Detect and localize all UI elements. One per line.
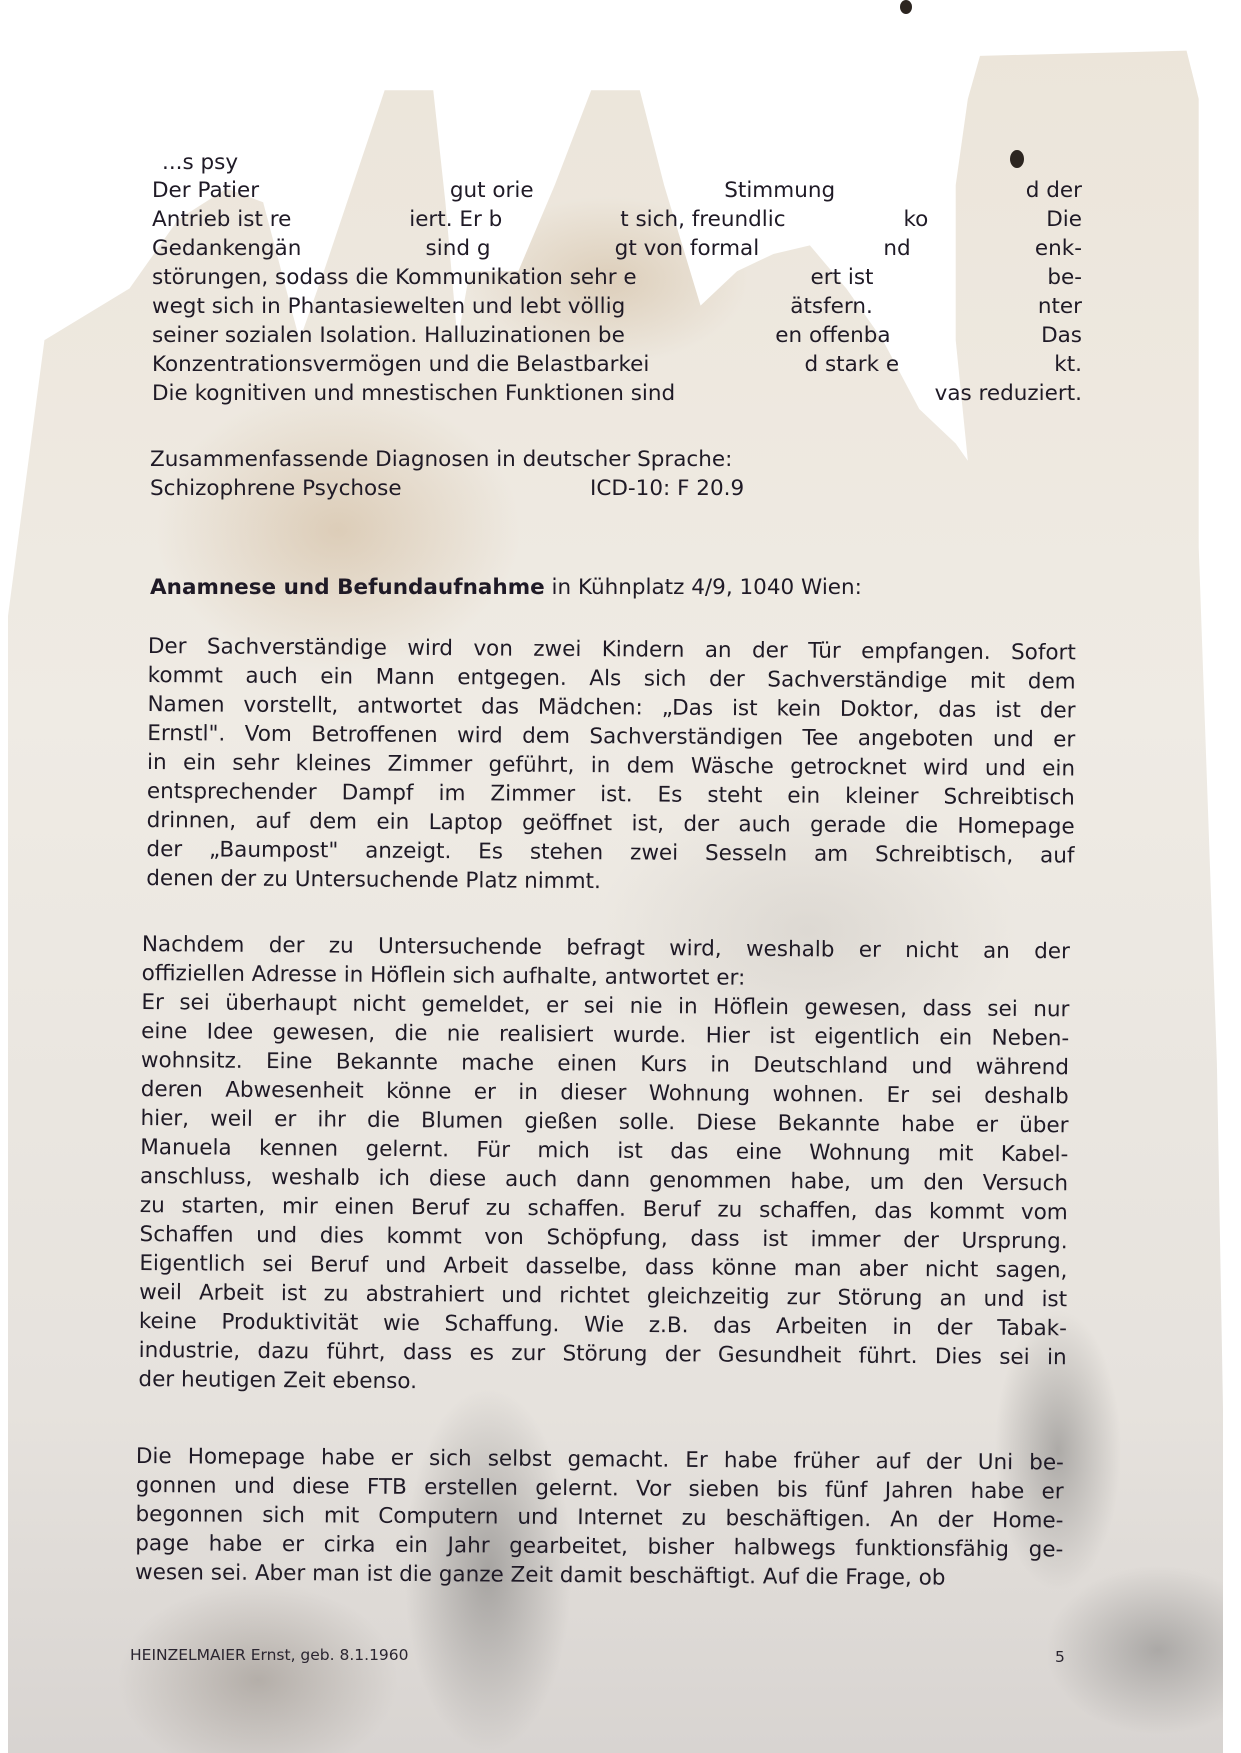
paragraph-arrival: Der Sachverständige wird von zwei Kinder… <box>146 632 1076 899</box>
fragment-piece: Der Patier <box>152 176 259 205</box>
diagnosis-line: Schizophrene Psychose ICD-10: F 20.9 <box>150 474 1078 503</box>
fragment-piece: be- <box>1047 263 1082 292</box>
diagnosis-code: ICD-10: F 20.9 <box>590 474 744 503</box>
fragment-piece: iert. Er b <box>409 205 502 234</box>
fragment-piece: seiner sozialen Isolation. Halluzination… <box>152 321 625 350</box>
fragment-piece: wegt sich in Phantasiewelten und lebt vö… <box>152 292 625 321</box>
fragment-piece: enk- <box>1035 234 1082 263</box>
fragment-piece: störungen, sodass die Kommunikation sehr… <box>152 263 637 292</box>
fragment-piece: d stark e <box>805 350 900 379</box>
fragment-piece: Die kognitiven und mnestischen Funktione… <box>152 379 675 408</box>
fragment-lines: Der Patiergut orieStimmungd derAntrieb i… <box>152 176 1082 408</box>
fragment-piece: ert ist <box>811 263 874 292</box>
fragment-piece: Antrieb ist re <box>152 205 291 234</box>
burn-mark <box>900 0 912 14</box>
fragment-piece: d der <box>1026 176 1082 205</box>
fragment-piece: Gedankengän <box>152 234 301 263</box>
fragment-piece: vas reduziert. <box>935 379 1082 408</box>
text-line: wesen sei. Aber man ist die ganze Zeit d… <box>135 1558 1063 1593</box>
fragment-piece: Das <box>1041 321 1082 350</box>
fragment-line: Gedankengänsind ggt von formalndenk- <box>152 234 1082 263</box>
fragment-piece: Stimmung <box>724 176 835 205</box>
fragment-piece: en offenba <box>775 321 890 350</box>
fragment-piece: sind g <box>426 234 491 263</box>
fragment-piece: ätsfern. <box>790 292 873 321</box>
page-number: 5 <box>1055 1643 1065 1672</box>
burn-mark <box>1010 150 1024 168</box>
fragment-piece: gut orie <box>450 176 534 205</box>
fragment-piece: ko <box>903 205 928 234</box>
document-text: ...s psy Der Patiergut orieStimmungd der… <box>0 0 1241 1753</box>
paragraph-homepage: Die Homepage habe er sich selbst gemacht… <box>135 1442 1064 1593</box>
fragment-paragraph: ...s psy <box>152 148 1080 177</box>
diagnosis-heading: Zusammenfassende Diagnosen in deutscher … <box>150 445 1078 474</box>
fragment-line: Die kognitiven und mnestischen Funktione… <box>152 379 1082 408</box>
section-heading: Anamnese und Befundaufnahme in Kühnplatz… <box>150 573 1078 602</box>
footer-patient-name: HEINZELMAIER Ernst, geb. 8.1.1960 <box>130 1641 409 1670</box>
fragment-line: Der Patiergut orieStimmungd der <box>152 176 1082 205</box>
fragment-line: wegt sich in Phantasiewelten und lebt vö… <box>152 292 1082 321</box>
fragment-line: Konzentrationsvermögen und die Belastbar… <box>152 350 1082 379</box>
section-title-bold: Anamnese und Befundaufnahme <box>150 575 545 600</box>
fragment-piece: nd <box>883 234 910 263</box>
diagnosis-block: Zusammenfassende Diagnosen in deutscher … <box>150 445 1078 503</box>
fragment-piece: Konzentrationsvermögen und die Belastbar… <box>152 350 649 379</box>
fragment-line: ...s psy <box>152 148 1080 177</box>
paragraph-interview: Nachdem der zu Untersuchende befragt wir… <box>138 930 1070 1401</box>
fragment-piece: kt. <box>1054 350 1082 379</box>
fragment-piece: Die <box>1046 205 1082 234</box>
diagnosis-name: Schizophrene Psychose <box>150 476 402 501</box>
fragment-piece: nter <box>1038 292 1082 321</box>
fragment-piece: t sich, freundlic <box>620 205 785 234</box>
fragment-line: seiner sozialen Isolation. Halluzination… <box>152 321 1082 350</box>
fragment-piece: gt von formal <box>615 234 760 263</box>
fragment-line: störungen, sodass die Kommunikation sehr… <box>152 263 1082 292</box>
fragment-line: Antrieb ist reiert. Er bt sich, freundli… <box>152 205 1082 234</box>
section-title-rest: in Kühnplatz 4/9, 1040 Wien: <box>545 575 862 600</box>
